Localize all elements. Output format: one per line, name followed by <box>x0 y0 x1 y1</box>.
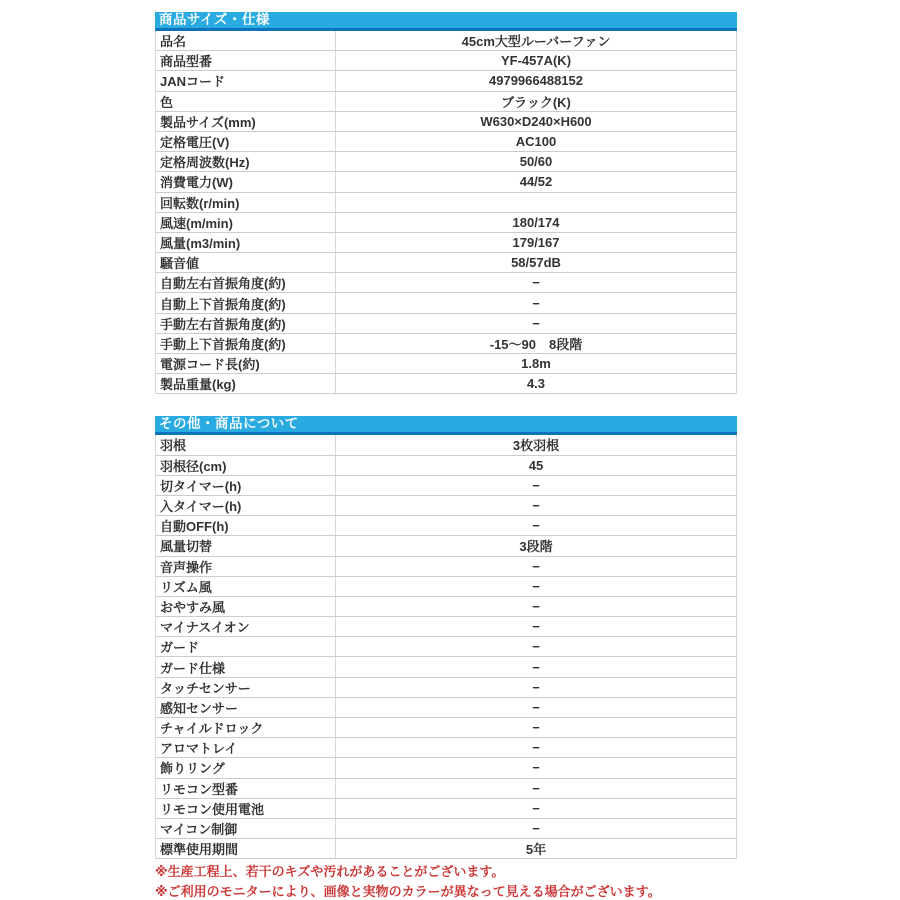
spec-row-label: 標準使用期間 <box>156 839 336 858</box>
spec-row: 羽根3枚羽根 <box>156 435 736 455</box>
spec-row: チャイルドロック− <box>156 718 736 738</box>
spec-row: タッチセンサー− <box>156 678 736 698</box>
spec-row-value: 4.3 <box>336 374 736 393</box>
spec-table-other-rows: 羽根3枚羽根羽根径(cm)45切タイマー(h)−入タイマー(h)−自動OFF(h… <box>155 435 737 859</box>
spec-row: 品名45cm大型ルーバーファン <box>156 31 736 51</box>
spec-row-value: − <box>336 577 736 596</box>
spec-row: 電源コード長(約)1.8m <box>156 354 736 374</box>
spec-row-label: おやすみ風 <box>156 597 336 616</box>
spec-row-label: 切タイマー(h) <box>156 476 336 495</box>
spec-row: 騒音値58/57dB <box>156 253 736 273</box>
spec-row-label: 電源コード長(約) <box>156 354 336 373</box>
spec-row-value: 4979966488152 <box>336 71 736 90</box>
spec-row-value: − <box>336 496 736 515</box>
spec-table-size: 商品サイズ・仕様 品名45cm大型ルーバーファン商品型番YF-457A(K)JA… <box>155 12 737 394</box>
spec-row-label: 自動左右首振角度(約) <box>156 273 336 292</box>
spec-row: 飾りリング− <box>156 758 736 778</box>
spec-row-label: 音声操作 <box>156 557 336 576</box>
spec-row-value: − <box>336 718 736 737</box>
spec-row-value: -15～90 8段階 <box>336 334 736 353</box>
spec-row-value: − <box>336 637 736 656</box>
spec-row-label: 感知センサー <box>156 698 336 717</box>
spec-row: 定格周波数(Hz)50/60 <box>156 152 736 172</box>
spec-row-value: − <box>336 678 736 697</box>
spec-row-label: 手動上下首振角度(約) <box>156 334 336 353</box>
product-spec-page: 商品サイズ・仕様 品名45cm大型ルーバーファン商品型番YF-457A(K)JA… <box>0 0 900 900</box>
spec-row-label: 入タイマー(h) <box>156 496 336 515</box>
spec-row-value: − <box>336 758 736 777</box>
spec-row-value: − <box>336 557 736 576</box>
spec-row-label: 製品サイズ(mm) <box>156 112 336 131</box>
spec-row: マイナスイオン− <box>156 617 736 637</box>
spec-row-label: ガード仕様 <box>156 657 336 676</box>
spec-row: 色ブラック(K) <box>156 92 736 112</box>
spec-row-label: 羽根 <box>156 435 336 454</box>
spec-row-label: 定格電圧(V) <box>156 132 336 151</box>
spec-row-value: − <box>336 617 736 636</box>
spec-row-label: 自動OFF(h) <box>156 516 336 535</box>
spec-row-value: 1.8m <box>336 354 736 373</box>
spec-row: リモコン使用電池− <box>156 799 736 819</box>
spec-row-value: − <box>336 516 736 535</box>
spec-row-value: − <box>336 597 736 616</box>
spec-row: 羽根径(cm)45 <box>156 456 736 476</box>
spec-row-value: W630×D240×H600 <box>336 112 736 131</box>
spec-row: 手動左右首振角度(約)− <box>156 314 736 334</box>
spec-row-label: 製品重量(kg) <box>156 374 336 393</box>
spec-row-label: 手動左右首振角度(約) <box>156 314 336 333</box>
spec-table-size-title: 商品サイズ・仕様 <box>155 12 737 31</box>
spec-row-value: ブラック(K) <box>336 92 736 111</box>
spec-row-label: 商品型番 <box>156 51 336 70</box>
spec-table-other: その他・商品について 羽根3枚羽根羽根径(cm)45切タイマー(h)−入タイマー… <box>155 416 737 859</box>
spec-row-value: 179/167 <box>336 233 736 252</box>
spec-row-value: − <box>336 314 736 333</box>
spec-row-value: − <box>336 476 736 495</box>
spec-row: 切タイマー(h)− <box>156 476 736 496</box>
spec-row-value: 58/57dB <box>336 253 736 272</box>
spec-row: 自動上下首振角度(約)− <box>156 293 736 313</box>
spec-row-value <box>336 193 736 212</box>
spec-row-label: チャイルドロック <box>156 718 336 737</box>
spec-row: ガード仕様− <box>156 657 736 677</box>
spec-row-label: 風速(m/min) <box>156 213 336 232</box>
spec-row-label: 定格周波数(Hz) <box>156 152 336 171</box>
spec-row: 手動上下首振角度(約)-15～90 8段階 <box>156 334 736 354</box>
spec-row: 製品重量(kg)4.3 <box>156 374 736 394</box>
spec-row-value: − <box>336 698 736 717</box>
footnote-production: ※生産工程上、若干のキズや汚れがあることがございます。 <box>155 862 855 882</box>
spec-row-label: 風量切替 <box>156 536 336 555</box>
spec-tables-container: 商品サイズ・仕様 品名45cm大型ルーバーファン商品型番YF-457A(K)JA… <box>155 12 737 859</box>
spec-row: 音声操作− <box>156 557 736 577</box>
spec-row: ガード− <box>156 637 736 657</box>
spec-row-value: AC100 <box>336 132 736 151</box>
spec-row-value: 45 <box>336 456 736 475</box>
spec-row-value: − <box>336 273 736 292</box>
spec-row-value: 50/60 <box>336 152 736 171</box>
spec-row-label: タッチセンサー <box>156 678 336 697</box>
spec-row-label: リズム風 <box>156 577 336 596</box>
spec-row-value: − <box>336 738 736 757</box>
spec-table-size-rows: 品名45cm大型ルーバーファン商品型番YF-457A(K)JANコード49799… <box>155 31 737 394</box>
spec-row-value: − <box>336 819 736 838</box>
spec-row-label: 飾りリング <box>156 758 336 777</box>
spec-row: リズム風− <box>156 577 736 597</box>
spec-row-label: 回転数(r/min) <box>156 193 336 212</box>
spec-row-label: 騒音値 <box>156 253 336 272</box>
spec-row-value: 45cm大型ルーバーファン <box>336 31 736 50</box>
spec-row-label: 羽根径(cm) <box>156 456 336 475</box>
spec-row: 製品サイズ(mm)W630×D240×H600 <box>156 112 736 132</box>
spec-row-value: 5年 <box>336 839 736 858</box>
spec-row: 回転数(r/min) <box>156 193 736 213</box>
spec-row: おやすみ風− <box>156 597 736 617</box>
spec-row-label: アロマトレイ <box>156 738 336 757</box>
spec-row: 入タイマー(h)− <box>156 496 736 516</box>
spec-row-label: マイコン制御 <box>156 819 336 838</box>
spec-row: 自動左右首振角度(約)− <box>156 273 736 293</box>
spec-row-value: − <box>336 799 736 818</box>
spec-row-value: 180/174 <box>336 213 736 232</box>
spec-row: リモコン型番− <box>156 779 736 799</box>
spec-row: 風速(m/min)180/174 <box>156 213 736 233</box>
spec-row-value: − <box>336 293 736 312</box>
spec-row: 風量切替3段階 <box>156 536 736 556</box>
spec-row-value: 3枚羽根 <box>336 435 736 454</box>
spec-row: マイコン制御− <box>156 819 736 839</box>
spec-row-label: ガード <box>156 637 336 656</box>
spec-row-value: 3段階 <box>336 536 736 555</box>
spec-row: 風量(m3/min)179/167 <box>156 233 736 253</box>
spec-row-value: YF-457A(K) <box>336 51 736 70</box>
spec-row: 自動OFF(h)− <box>156 516 736 536</box>
spec-row-label: 品名 <box>156 31 336 50</box>
spec-row: 商品型番YF-457A(K) <box>156 51 736 71</box>
spec-row-value: − <box>336 657 736 676</box>
spec-row: 標準使用期間5年 <box>156 839 736 859</box>
spec-row-label: 自動上下首振角度(約) <box>156 293 336 312</box>
footnote-monitor: ※ご利用のモニターにより、画像と実物のカラーが異なって見える場合がございます。 <box>155 882 855 900</box>
spec-row: アロマトレイ− <box>156 738 736 758</box>
spec-row: 消費電力(W)44/52 <box>156 172 736 192</box>
spec-row: 感知センサー− <box>156 698 736 718</box>
footnotes: ※生産工程上、若干のキズや汚れがあることがございます。 ※ご利用のモニターにより… <box>155 862 855 900</box>
spec-row-label: 色 <box>156 92 336 111</box>
spec-table-other-title: その他・商品について <box>155 416 737 435</box>
spec-row-label: JANコード <box>156 71 336 90</box>
spec-row-label: 消費電力(W) <box>156 172 336 191</box>
spec-row: JANコード4979966488152 <box>156 71 736 91</box>
spec-row: 定格電圧(V)AC100 <box>156 132 736 152</box>
spec-row-label: リモコン型番 <box>156 779 336 798</box>
spec-row-label: リモコン使用電池 <box>156 799 336 818</box>
spec-row-value: − <box>336 779 736 798</box>
spec-row-label: 風量(m3/min) <box>156 233 336 252</box>
spec-row-label: マイナスイオン <box>156 617 336 636</box>
spec-row-value: 44/52 <box>336 172 736 191</box>
